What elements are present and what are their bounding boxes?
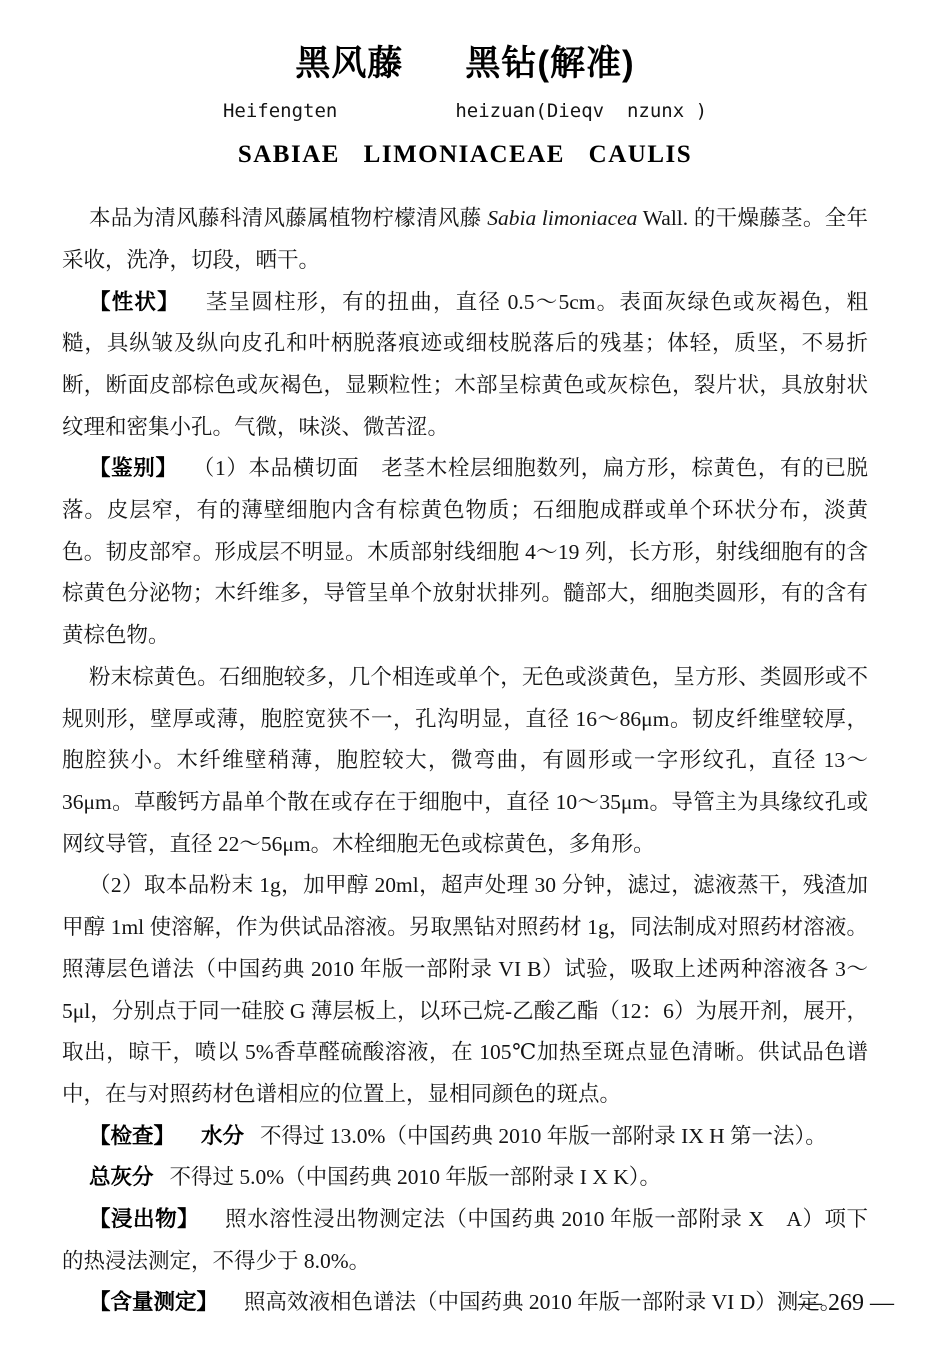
section-text-jianbie-powder: 粉末棕黄色。石细胞较多，几个相连或单个，无色或淡黄色，呈方形、类圆形或不规则形，…: [62, 665, 868, 856]
monograph-page: 黑风藤 黑钻(解准) Heifengten heizuan(Dieqv nzun…: [0, 0, 927, 1353]
pinyin-line: Heifengten heizuan(Dieqv nzunx ): [62, 101, 868, 122]
page-title: 黑风藤 黑钻(解准): [62, 46, 868, 83]
title-alt-name: 黑钻(解准): [465, 46, 634, 83]
section-jiancha: 【检查】水分不得过 13.0%（中国药典 2010 年版一部附录 IX H 第一…: [62, 1116, 868, 1158]
subsection-head-zonghuifen: 总灰分: [89, 1165, 154, 1189]
pinyin-name: Heifengten: [223, 101, 337, 122]
section-head-jinchuwu: 【浸出物】: [89, 1207, 199, 1231]
section-zonghuifen: 总灰分不得过 5.0%（中国药典 2010 年版一部附录 I X K）。: [62, 1157, 868, 1199]
section-xingzhuang: 【性状】茎呈圆柱形，有的扭曲，直径 0.5～5cm。表面灰绿色或灰褐色，粗糙，具…: [62, 282, 868, 449]
section-text-jiancha: 不得过 13.0%（中国药典 2010 年版一部附录 IX H 第一法）。: [260, 1124, 827, 1148]
species-latin-name: Sabia limoniacea: [487, 206, 637, 230]
section-head-jianbie: 【鉴别】: [89, 456, 178, 480]
section-text-jianbie-tlc: （2）取本品粉末 1g，加甲醇 20ml，超声处理 30 分钟，滤过，滤液蒸干，…: [62, 873, 868, 1106]
section-hanliang: 【含量测定】照高效液相色谱法（中国药典 2010 年版一部附录 VI D）测定。: [62, 1282, 868, 1324]
section-head-hanliang: 【含量测定】: [89, 1290, 218, 1314]
section-text-hanliang: 照高效液相色谱法（中国药典 2010 年版一部附录 VI D）测定。: [244, 1290, 841, 1314]
section-jianbie: 【鉴别】（1）本品横切面 老茎木栓层细胞数列，扁方形，棕黄色，有的已脱落。皮层窄…: [62, 448, 868, 657]
section-jianbie-powder: 粉末棕黄色。石细胞较多，几个相连或单个，无色或淡黄色，呈方形、类圆形或不规则形，…: [62, 657, 868, 866]
subsection-head-shuifen: 水分: [201, 1124, 244, 1148]
title-chinese-name: 黑风藤: [295, 46, 403, 83]
section-text-jianbie: （1）本品横切面 老茎木栓层细胞数列，扁方形，棕黄色，有的已脱落。皮层窄，有的薄…: [62, 456, 868, 647]
latin-drug-name: SABIAE LIMONIACEAE CAULIS: [62, 141, 868, 169]
intro-paragraph: 本品为清风藤科清风藤属植物柠檬清风藤 Sabia limoniacea Wall…: [62, 198, 868, 281]
section-head-xingzhuang: 【性状】: [89, 290, 180, 314]
monograph-body: 本品为清风藤科清风藤属植物柠檬清风藤 Sabia limoniacea Wall…: [62, 198, 868, 1324]
section-jinchuwu: 【浸出物】照水溶性浸出物测定法（中国药典 2010 年版一部附录 X A）项下的…: [62, 1199, 868, 1282]
intro-text-before: 本品为清风藤科清风藤属植物柠檬清风藤: [89, 206, 487, 230]
section-head-jiancha: 【检查】: [89, 1124, 175, 1148]
section-text-xingzhuang: 茎呈圆柱形，有的扭曲，直径 0.5～5cm。表面灰绿色或灰褐色，粗糙，具纵皱及纵…: [62, 290, 868, 439]
section-text-zonghuifen: 不得过 5.0%（中国药典 2010 年版一部附录 I X K）。: [170, 1165, 662, 1189]
pinyin-alt-name: heizuan(Dieqv nzunx ): [455, 101, 707, 122]
page-number: — 269 —: [798, 1289, 894, 1318]
section-jianbie-tlc: （2）取本品粉末 1g，加甲醇 20ml，超声处理 30 分钟，滤过，滤液蒸干，…: [62, 865, 868, 1115]
